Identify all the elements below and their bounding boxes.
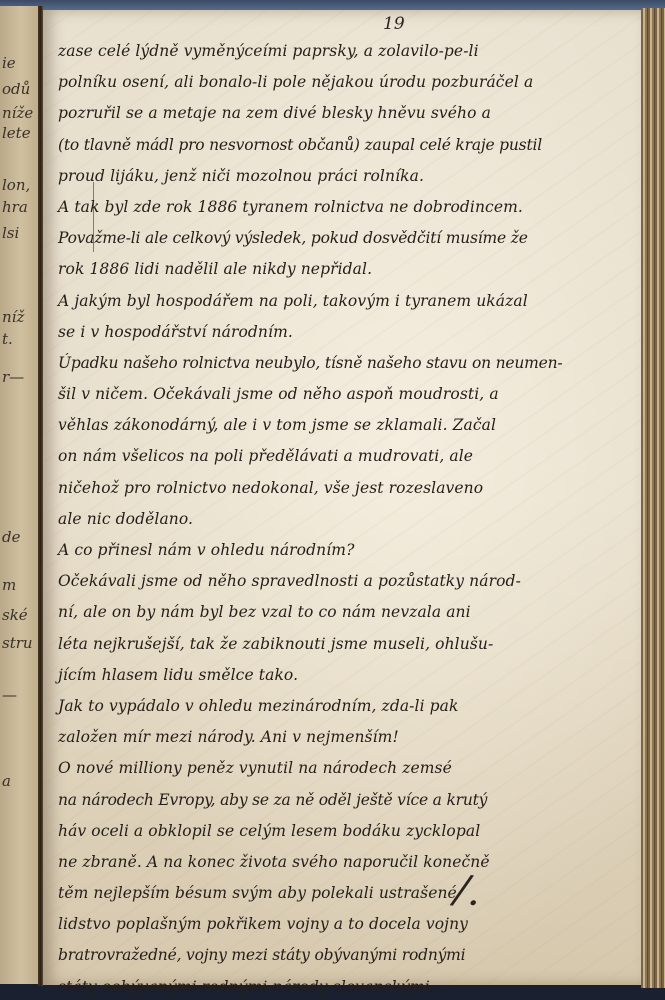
text-line: na národech Evropy, aby se za ně oděl je… xyxy=(58,785,618,816)
text-line: Jak to vypádalo v ohledu mezinárodním, z… xyxy=(58,691,618,722)
left-page-fragment: lsi xyxy=(2,224,19,242)
book-page-edges xyxy=(641,8,665,988)
left-page-fragment: r— xyxy=(2,368,24,386)
left-page-fragment: odů xyxy=(2,80,30,98)
left-page-fragment: de xyxy=(2,528,20,546)
text-line: bratrovražedné, vojny mezi státy obývaný… xyxy=(58,940,618,971)
left-page-fragment: t. xyxy=(2,330,13,348)
text-line: jícím hlasem lidu smělce tako. xyxy=(58,660,618,691)
text-line: se i v hospodářství národním. xyxy=(58,317,618,348)
text-line: A co přinesl nám v ohledu národním? xyxy=(58,535,618,566)
text-line: ne zbraně. A na konec života svého napor… xyxy=(58,847,618,878)
manuscript-text: zase celé lýdně vyměnýceími paprsky, a z… xyxy=(58,36,618,1000)
text-line: Považme-li ale celkový výsledek, pokud d… xyxy=(58,223,618,254)
text-line: ní, ale on by nám byl bez vzal to co nám… xyxy=(58,597,618,628)
text-line-last: státy oobývanými rodnými národy slovansk… xyxy=(58,972,618,1000)
left-page-fragment: stru xyxy=(2,634,33,652)
last-line-prefix: státy o xyxy=(58,978,111,996)
text-line: léta nejkrušejší, tak že zabiknouti jsme… xyxy=(58,629,618,660)
left-page-fragment: níže xyxy=(2,104,33,122)
text-line: Očekávali jsme od něho spravedlnosti a p… xyxy=(58,566,618,597)
left-page-fragment: lete xyxy=(2,124,31,142)
text-line: polníku osení, ali bonalo-li pole nějako… xyxy=(58,67,618,98)
text-line: proud lijáku, jenž niči mozolnou práci r… xyxy=(58,161,618,192)
text-line: založen mír mezi národy. Ani v nejmenším… xyxy=(58,722,618,753)
text-line: ničehož pro rolnictvo nedokonal, vše jes… xyxy=(58,473,618,504)
text-line: věhlas zákonodárný, ale i v tom jsme se … xyxy=(58,410,618,441)
text-line: O nové milliony peněz vynutil na národec… xyxy=(58,753,618,784)
left-page-fragment: a xyxy=(2,772,11,790)
text-line: šil v ničem. Očekávali jsme od něho aspo… xyxy=(58,379,618,410)
text-line: rok 1886 lidi nadělil ale nikdy nepřidal… xyxy=(58,254,618,285)
text-line: Úpadku našeho rolnictva neubylo, tísně n… xyxy=(58,348,618,379)
text-line: ale nic dodělano. xyxy=(58,504,618,535)
left-page-fragment: níž xyxy=(2,308,24,326)
last-line-suffix: národy slovanskými. xyxy=(267,978,434,996)
left-page-fragment: ské xyxy=(2,606,28,624)
text-line: háv oceli a obklopil se celým lesem bodá… xyxy=(58,816,618,847)
text-line: pozruřil se a metaje na zem divé blesky … xyxy=(58,98,618,129)
page-number: 19 xyxy=(383,14,405,34)
text-line: zase celé lýdně vyměnýceími paprsky, a z… xyxy=(58,36,618,67)
text-line: A tak byl zde rok 1886 tyranem rolnictva… xyxy=(58,192,618,223)
left-page-fragment: — xyxy=(2,686,17,704)
text-line: A jakým byl hospodářem na poli, takovým … xyxy=(58,286,618,317)
left-page-fragment: lon, xyxy=(2,176,30,194)
left-page-fragment: m xyxy=(2,576,16,594)
text-line: těm nejlepším bésum svým aby polekali us… xyxy=(58,878,618,909)
left-page-edge: ie odů níže lete lon, hra lsi níž t. r— … xyxy=(0,6,38,984)
left-page-fragment: ie xyxy=(2,54,16,72)
struck-through-text: obývanými rodnými xyxy=(111,978,267,996)
text-line: (to tlavně mádl pro nesvornost občanů) z… xyxy=(58,130,618,161)
text-line: on nám všelicos na poli předělávati a mu… xyxy=(58,441,618,472)
left-page-fragment: hra xyxy=(2,198,28,216)
text-line: lidstvo poplašným pokřikem vojny a to do… xyxy=(58,909,618,940)
